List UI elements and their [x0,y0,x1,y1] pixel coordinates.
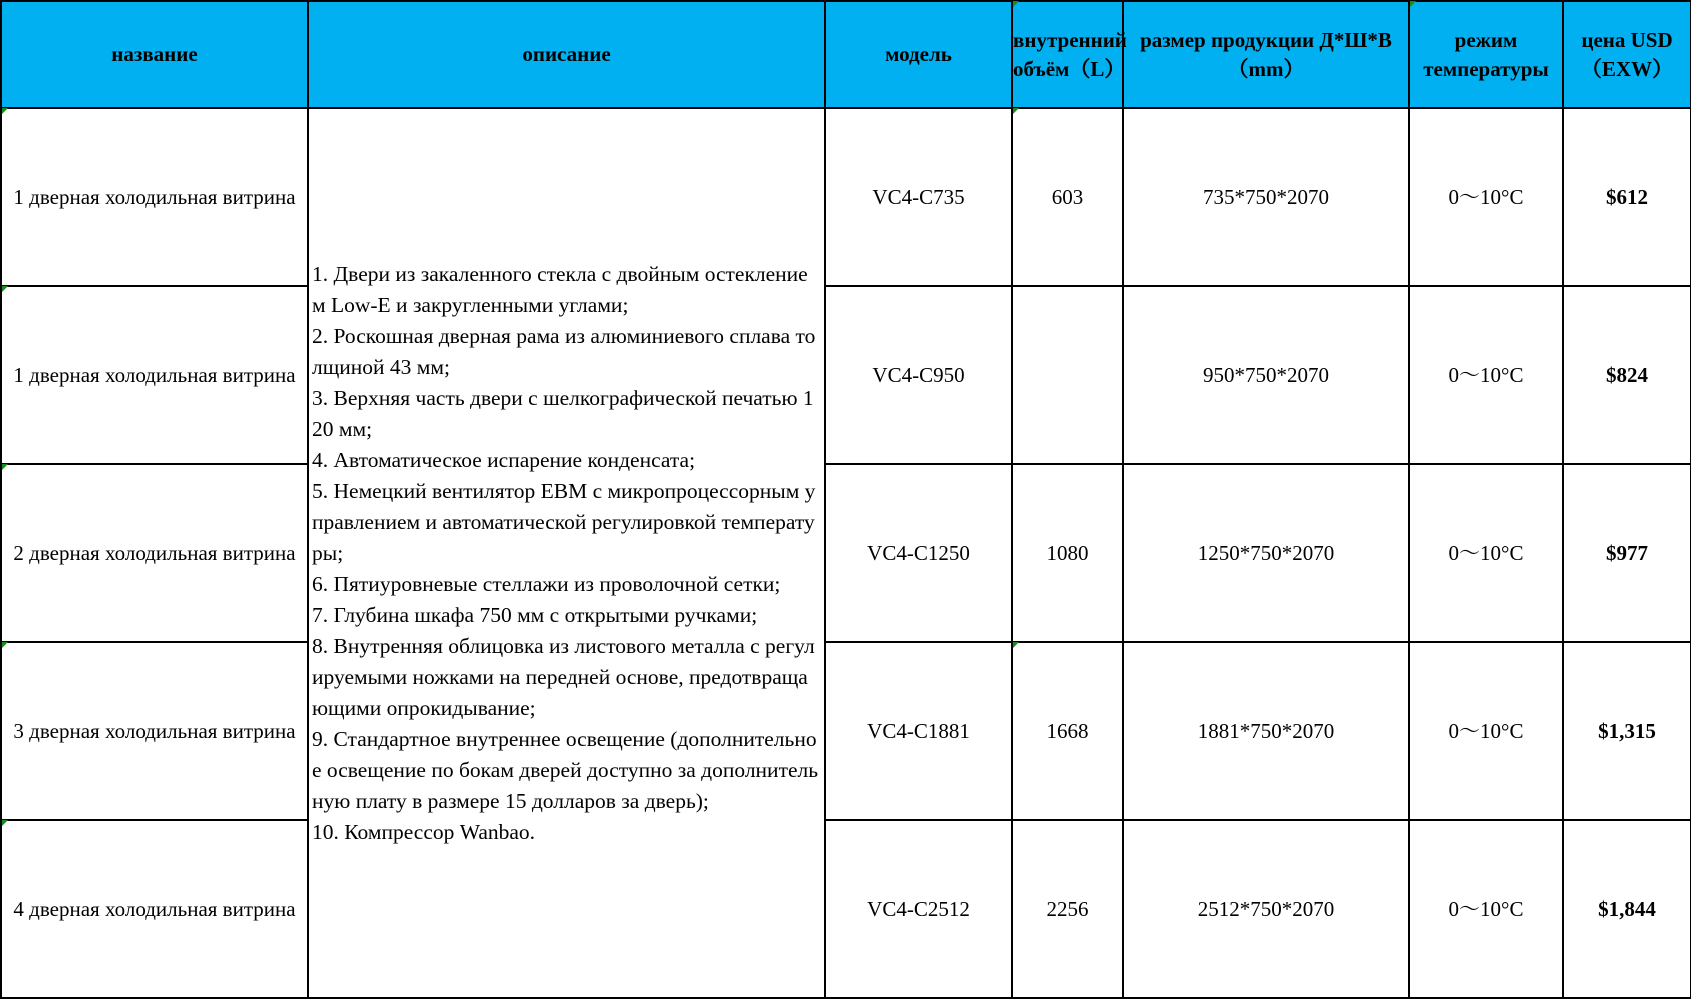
temperature-cell: 0～10°C [1409,642,1563,820]
price-cell: $977 [1563,464,1691,642]
price-cell: $824 [1563,286,1691,464]
table-row: 3 дверная холодильная витрина VC4-C1881 … [1,642,1691,820]
cell-marker-icon [2,642,8,648]
price-cell: $612 [1563,108,1691,286]
description-line: 1. Двери из закаленного стекла с двойным… [312,259,821,321]
header-description: описание [308,1,825,108]
description-line: 7. Глубина шкафа 750 мм с открытыми ручк… [312,600,821,631]
product-name: 3 дверная холодильная витрина [1,642,308,820]
cell-marker-icon [2,286,8,292]
product-name: 1 дверная холодильная витрина [1,286,308,464]
temperature-cell: 0～10°C [1409,464,1563,642]
description-line: 8. Внутренняя облицовка из листового мет… [312,631,821,724]
header-size: размер продукции Д*Ш*В （mm） [1123,1,1409,108]
description-line: 2. Роскошная дверная рама из алюминиевог… [312,321,821,383]
volume-cell: 603 [1012,108,1123,286]
header-name: название [1,1,308,108]
cell-marker-icon [2,820,8,826]
description-line: 6. Пятиуровневые стеллажи из проволочной… [312,569,821,600]
header-model: модель [825,1,1012,108]
model-cell: VC4-C735 [825,108,1012,286]
product-name: 4 дверная холодильная витрина [1,820,308,998]
description-line: 3. Верхняя часть двери с шелкографическо… [312,383,821,445]
temperature-cell: 0～10°C [1409,108,1563,286]
cell-marker-icon [2,108,8,114]
header-temperature: режим температуры [1409,1,1563,108]
product-name: 2 дверная холодильная витрина [1,464,308,642]
cell-marker-icon [2,464,8,470]
size-cell: 1250*750*2070 [1123,464,1409,642]
description-line: 5. Немецкий вентилятор EBM с микропроцес… [312,476,821,569]
price-table: название описание модель внутренний объё… [0,0,1691,999]
volume-cell [1012,286,1123,464]
size-cell: 2512*750*2070 [1123,820,1409,998]
price-cell: $1,315 [1563,642,1691,820]
volume-cell: 1080 [1012,464,1123,642]
cell-marker-icon [1410,1,1416,7]
product-name: 1 дверная холодильная витрина [1,108,308,286]
header-volume: внутренний объём（L） [1012,1,1123,108]
table-row: 1 дверная холодильная витрина VC4-C950 9… [1,286,1691,464]
model-cell: VC4-C2512 [825,820,1012,998]
temperature-cell: 0～10°C [1409,286,1563,464]
model-cell: VC4-C1881 [825,642,1012,820]
size-cell: 1881*750*2070 [1123,642,1409,820]
header-row: название описание модель внутренний объё… [1,1,1691,108]
description-cell: 1. Двери из закаленного стекла с двойным… [308,108,825,998]
description-line: 9. Стандартное внутреннее освещение (доп… [312,724,821,817]
description-line: 4. Автоматическое испарение конденсата; [312,445,821,476]
model-cell: VC4-C1250 [825,464,1012,642]
size-cell: 950*750*2070 [1123,286,1409,464]
volume-cell: 1668 [1012,642,1123,820]
price-cell: $1,844 [1563,820,1691,998]
size-cell: 735*750*2070 [1123,108,1409,286]
table-row: 4 дверная холодильная витрина VC4-C2512 … [1,820,1691,998]
cell-marker-icon [1013,108,1019,114]
model-cell: VC4-C950 [825,286,1012,464]
table-row: 2 дверная холодильная витрина VC4-C1250 … [1,464,1691,642]
header-price: цена USD（EXW） [1563,1,1691,108]
cell-marker-icon [1013,642,1019,648]
temperature-cell: 0～10°C [1409,820,1563,998]
table-row: 1 дверная холодильная витрина 1. Двери и… [1,108,1691,286]
description-line: 10. Компрессор Wanbao. [312,817,821,848]
cell-marker-icon [1013,1,1019,7]
volume-cell: 2256 [1012,820,1123,998]
